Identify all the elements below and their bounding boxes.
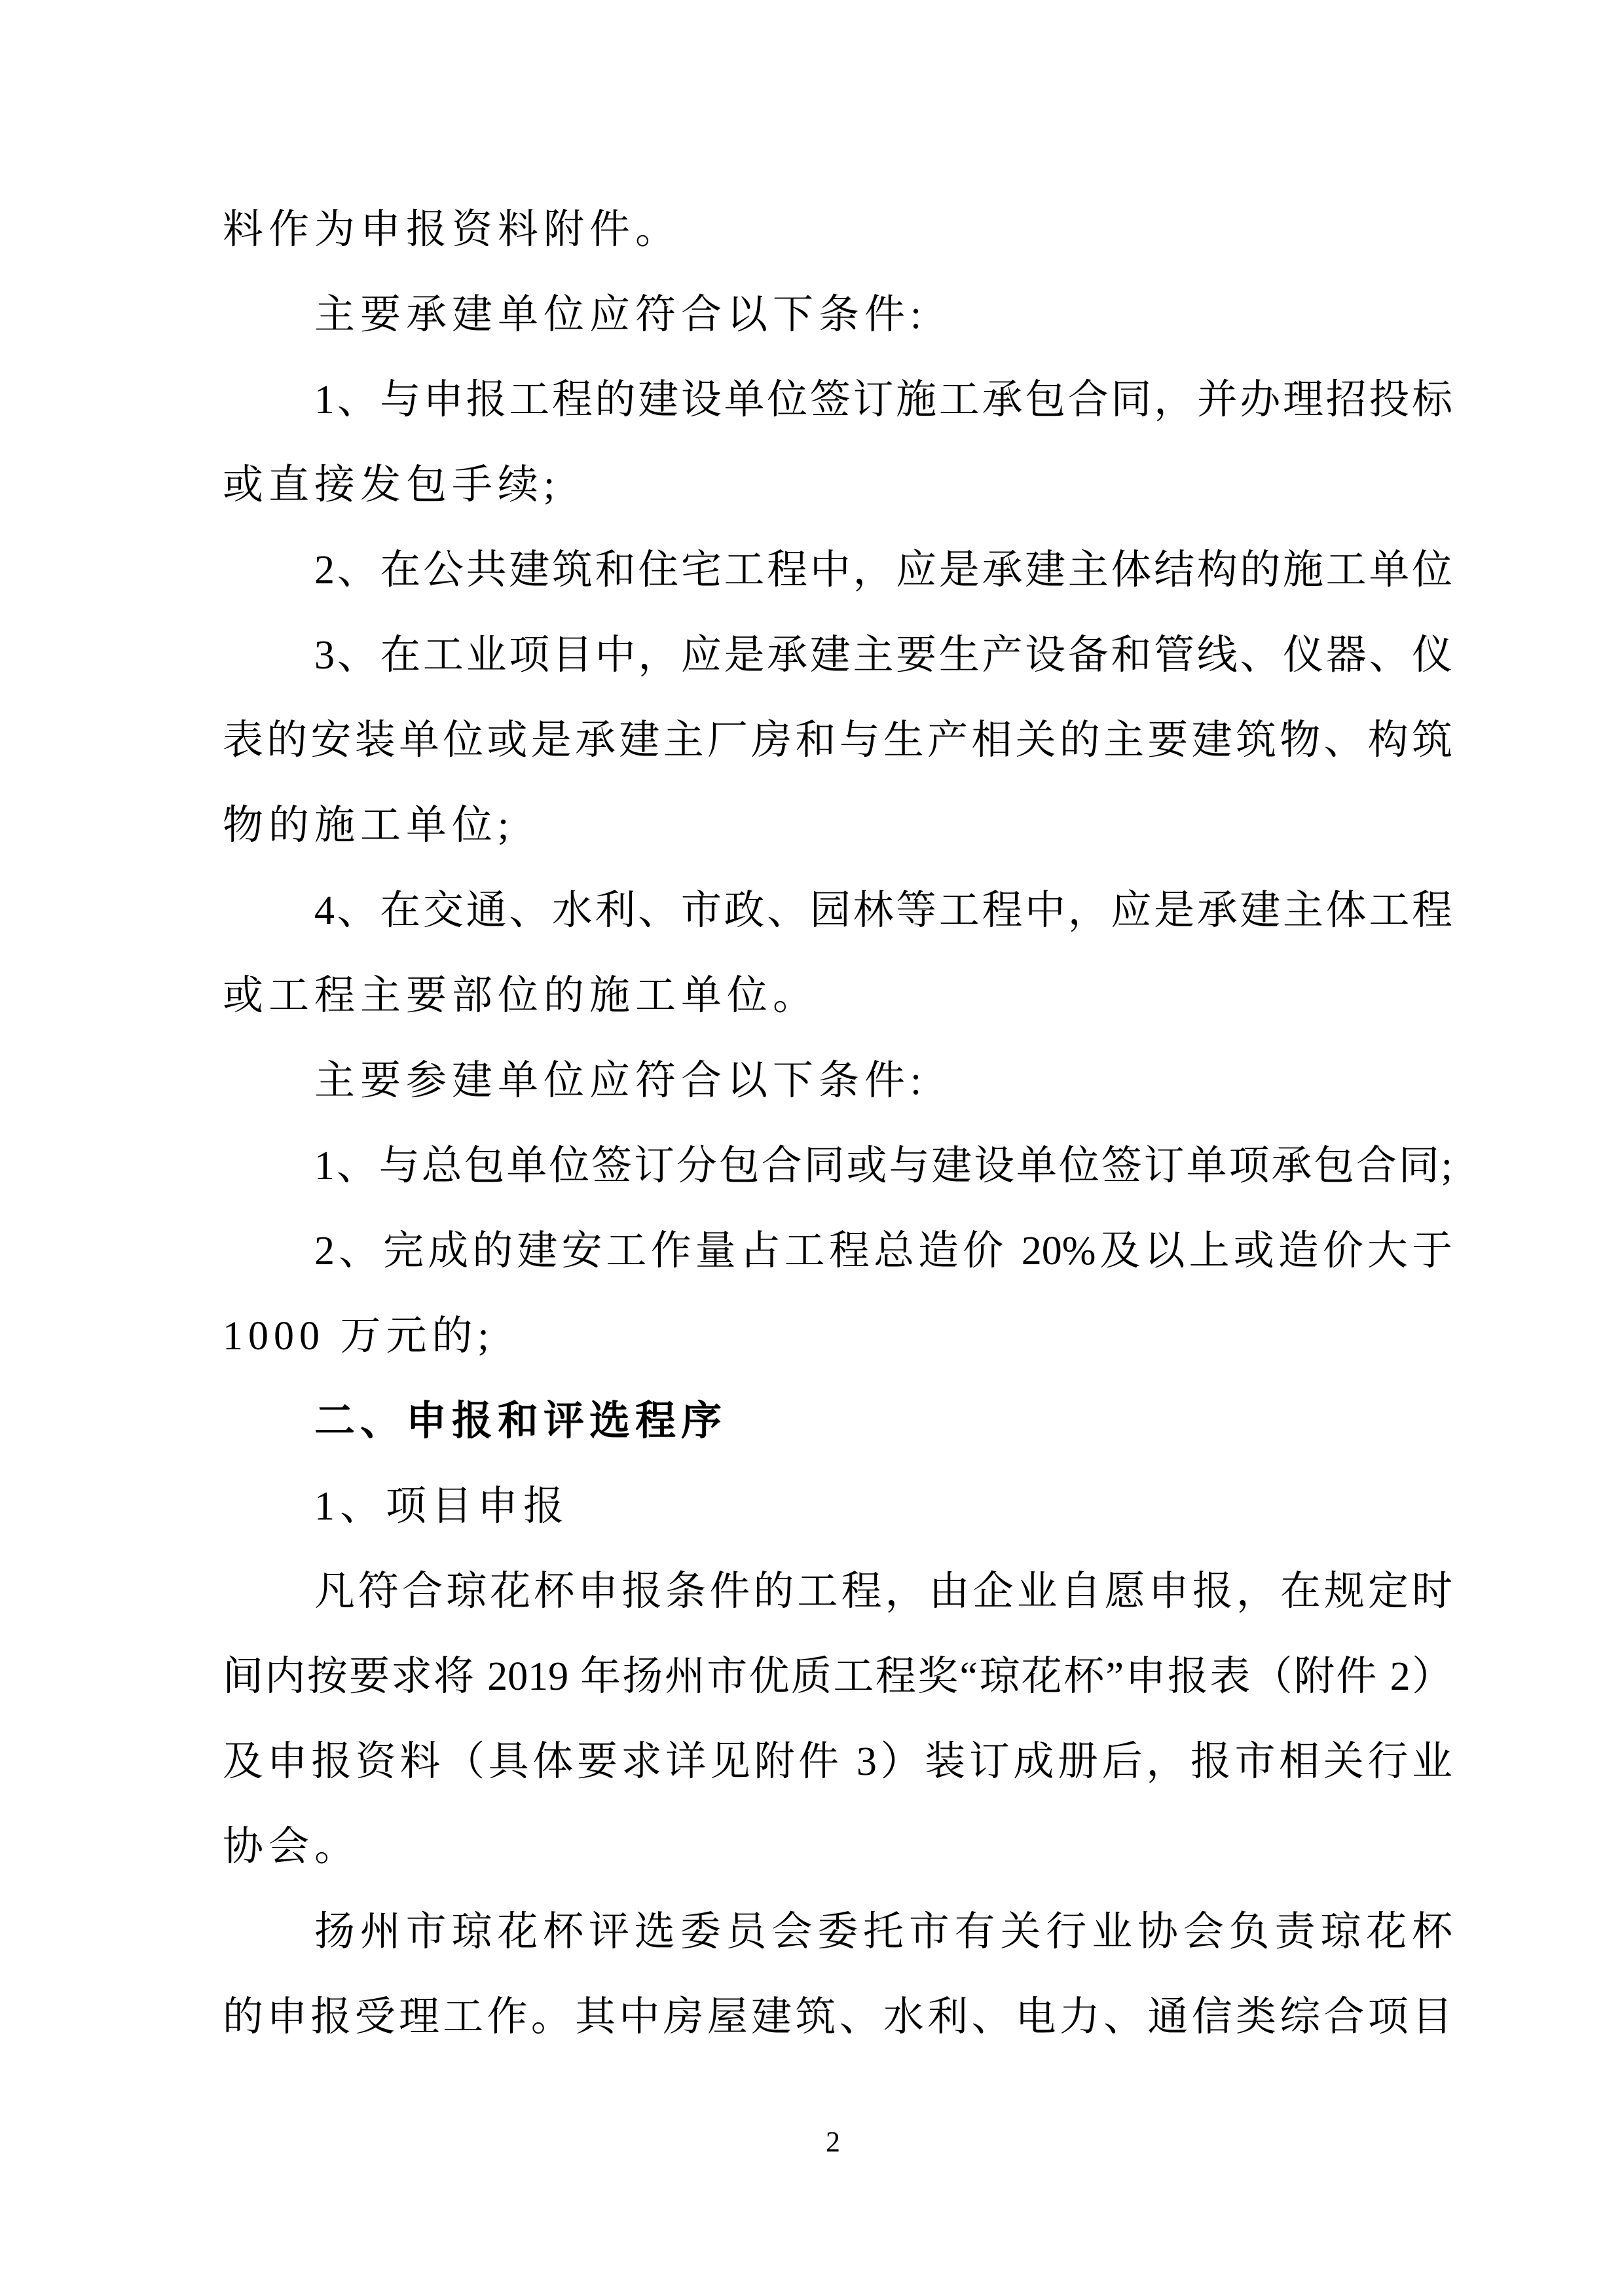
body-line-2: 主要承建单位应符合以下条件: <box>223 272 1452 357</box>
body-line-12: 1、与总包单位签订分包合同或与建设单位签订单项承包合同; <box>223 1123 1452 1209</box>
body-line-22: 的申报受理工作。其中房屋建筑、水利、电力、通信类综合项目 <box>223 1975 1452 2060</box>
body-line-6: 3、在工业项目中，应是承建主要生产设备和管线、仪器、仪 <box>223 613 1452 698</box>
section-heading-line: 二、申报和评选程序 <box>223 1379 1452 1464</box>
page-number: 2 <box>0 2126 1624 2158</box>
body-line-20: 协会。 <box>223 1804 1452 1889</box>
body-line-21: 扬州市琼花杯评选委员会委托市有关行业协会负责琼花杯 <box>223 1889 1452 1975</box>
body-line-13: 2、完成的建安工作量占工程总造价 20%及以上或造价大于 <box>223 1209 1452 1294</box>
body-line-3: 1、与申报工程的建设单位签订施工承包合同，并办理招投标 <box>223 357 1452 443</box>
body-line-5: 2、在公共建筑和住宅工程中，应是承建主体结构的施工单位 <box>223 528 1452 613</box>
body-line-10: 或工程主要部位的施工单位。 <box>223 953 1452 1038</box>
body-line-17: 凡符合琼花杯申报条件的工程，由企业自愿申报，在规定时 <box>223 1549 1452 1634</box>
document-text-block: 料作为申报资料附件。主要承建单位应符合以下条件:1、与申报工程的建设单位签订施工… <box>223 187 1452 2060</box>
body-line-14: 1000 万元的; <box>223 1294 1452 1379</box>
body-line-1: 料作为申报资料附件。 <box>223 187 1452 272</box>
body-line-8: 物的施工单位; <box>223 783 1452 868</box>
body-line-18: 间内按要求将 2019 年扬州市优质工程奖“琼花杯”申报表（附件 2） <box>223 1634 1452 1719</box>
document-page: 料作为申报资料附件。主要承建单位应符合以下条件:1、与申报工程的建设单位签订施工… <box>0 0 1624 2296</box>
body-line-4: 或直接发包手续; <box>223 443 1452 528</box>
body-line-16: 1、项目申报 <box>223 1464 1452 1549</box>
body-line-7: 表的安装单位或是承建主厂房和与生产相关的主要建筑物、构筑 <box>223 698 1452 783</box>
body-line-9: 4、在交通、水利、市政、园林等工程中，应是承建主体工程 <box>223 868 1452 953</box>
body-line-11: 主要参建单位应符合以下条件: <box>223 1038 1452 1123</box>
body-line-19: 及申报资料（具体要求详见附件 3）装订成册后，报市相关行业 <box>223 1719 1452 1804</box>
